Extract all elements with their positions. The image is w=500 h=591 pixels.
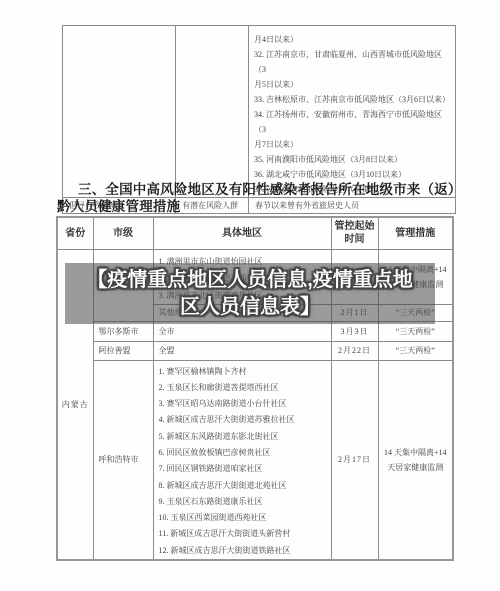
watermark-title: 【疫情重点地区人员信息,疫情重点地 区人员信息表】 bbox=[65, 263, 435, 324]
empty-cell bbox=[63, 26, 176, 198]
section-heading-line1: 三、全国中高风险地区及有阳性感染者报告所在地级市来（返） bbox=[78, 182, 462, 199]
table-header-row: 省份 市级 具体地区 管控起始 时间 管理措施 bbox=[57, 217, 453, 249]
table-row: 阿拉善盟 全盟 2月22日 “三天两检” bbox=[57, 341, 453, 360]
header-area: 具体地区 bbox=[153, 217, 331, 249]
scanned-document-page: 月4日以来） 32. 江苏南京市、甘肃临夏州、山西晋城市低风险地区（3 月5日以… bbox=[0, 0, 500, 591]
measure-cell: “三天两检” bbox=[378, 341, 453, 360]
city-cell: 阿拉善盟 bbox=[93, 341, 153, 360]
empty-cell bbox=[176, 26, 249, 198]
measure-cell: 14 天集中隔离+14 天居家健康监测 bbox=[378, 360, 453, 560]
start-date-cell: 3月3日 bbox=[331, 321, 378, 341]
city-cell: 鄂尔多斯市 bbox=[93, 321, 153, 341]
header-city: 市级 bbox=[93, 217, 153, 249]
table-row: 鄂尔多斯市 全市 3月3日 “三天两检” bbox=[57, 321, 453, 341]
header-measure: 管理措施 bbox=[378, 217, 453, 249]
low-risk-area-list: 月4日以来） 32. 江苏南京市、甘肃临夏州、山西晋城市低风险地区（3 月5日以… bbox=[249, 26, 456, 198]
measure-cell: “三天两检” bbox=[378, 321, 453, 341]
area-list-cell: 1. 赛罕区榆林镇陶卜齐村 2. 玉泉区长和廊街道菩提塔西社区 3. 赛罕区昭乌… bbox=[153, 360, 331, 560]
start-date-cell: 2月22日 bbox=[331, 341, 378, 360]
table-row: 月4日以来） 32. 江苏南京市、甘肃临夏州、山西晋城市低风险地区（3 月5日以… bbox=[63, 26, 456, 198]
section-heading-line2: 黔人员健康管理措施 bbox=[57, 199, 180, 216]
table-row: 呼和浩特市 1. 赛罕区榆林镇陶卜齐村 2. 玉泉区长和廊街道菩提塔西社区 3.… bbox=[57, 360, 453, 560]
area-list-cell: 全市 bbox=[153, 321, 331, 341]
start-date-cell: 2月17日 bbox=[331, 360, 378, 560]
area-list-cell: 全盟 bbox=[153, 341, 331, 360]
watermark-line2: 区人员信息表】 bbox=[180, 294, 320, 321]
potential-risk-group-label: 有潜在风险人群 bbox=[176, 198, 249, 214]
watermark-line1: 【疫情重点地区人员信息,疫情重点地 bbox=[87, 267, 413, 294]
header-province: 省份 bbox=[57, 217, 93, 249]
travel-history-label: 春节以来曾有外省旅居史人员 bbox=[249, 198, 456, 214]
city-cell: 呼和浩特市 bbox=[93, 360, 153, 560]
header-start-time: 管控起始 时间 bbox=[331, 217, 378, 249]
